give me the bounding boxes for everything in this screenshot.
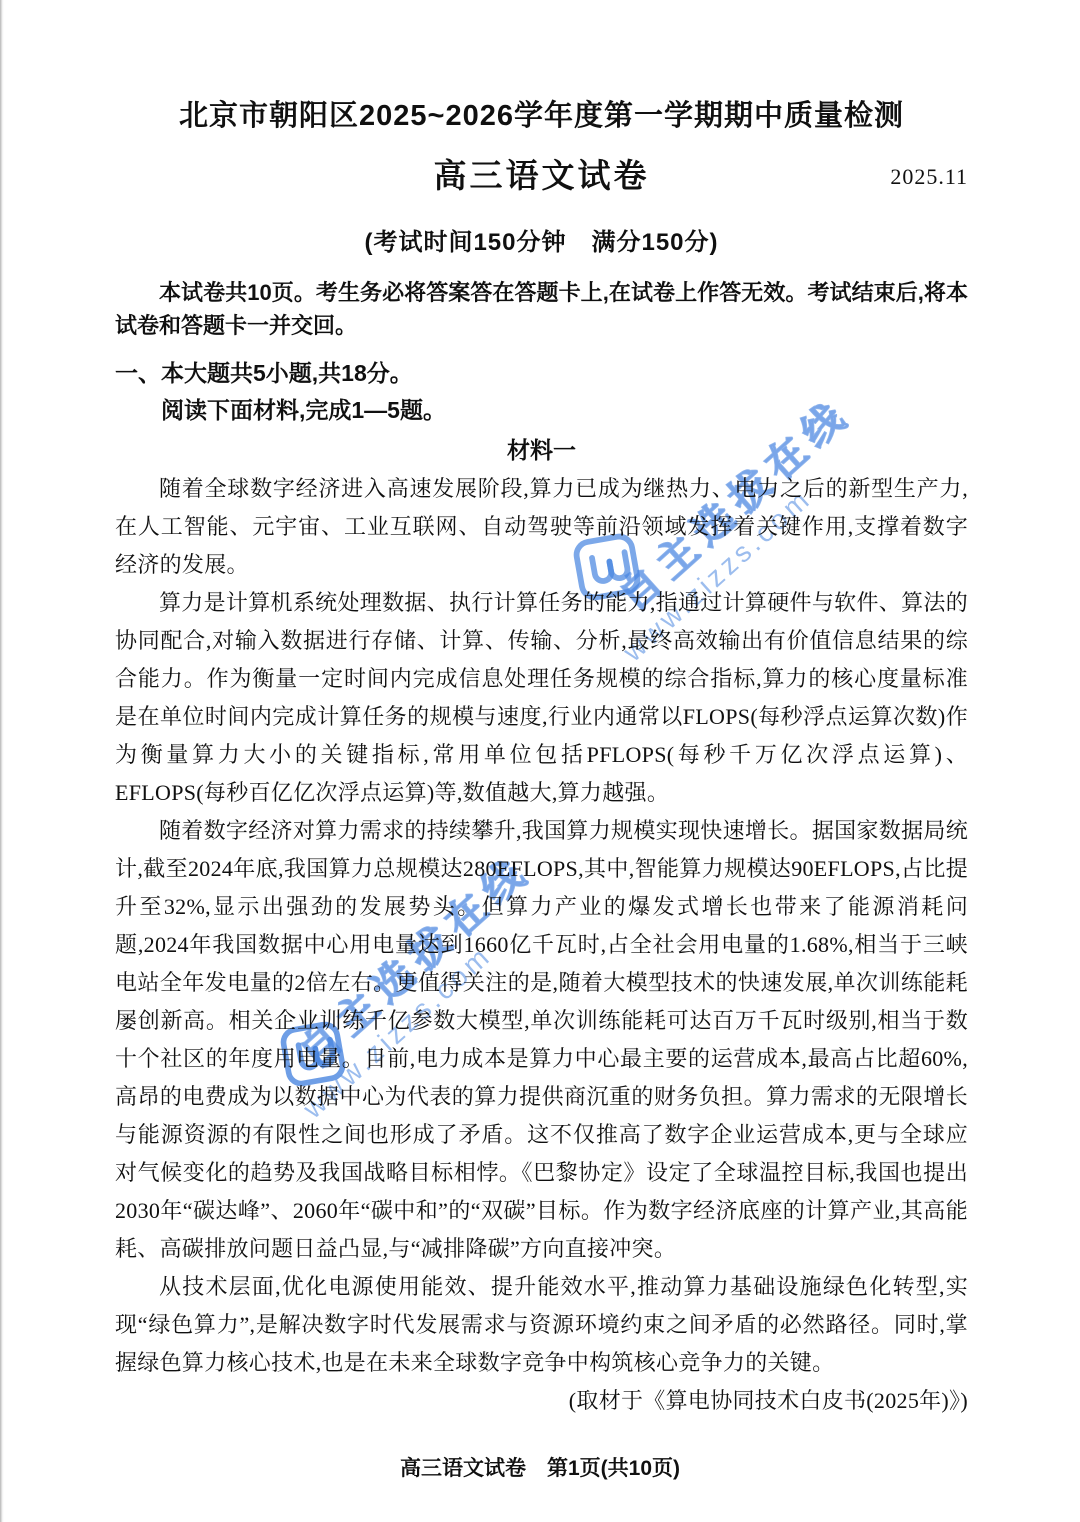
- material-paragraph: 随着数字经济对算力需求的持续攀升,我国算力规模实现快速增长。据国家数据局统计,截…: [115, 812, 968, 1268]
- exam-header-line: 北京市朝阳区2025~2026学年度第一学期期中质量检测: [115, 98, 968, 134]
- exam-notice: 本试卷共10页。考生务必将答案答在答题卡上,在试卷上作答无效。考试结束后,将本试…: [115, 276, 968, 342]
- page-footer: 高三语文试卷 第1页(共10页): [0, 1452, 1080, 1482]
- exam-duration-score: (考试时间150分钟 满分150分): [115, 228, 968, 258]
- source-attribution: (取材于《算电协同技术白皮书(2025年)》): [115, 1382, 968, 1420]
- material-paragraph: 算力是计算机系统处理数据、执行计算任务的能力,指通过计算硬件与软件、算法的协同配…: [115, 584, 968, 812]
- material-paragraph: 随着全球数字经济进入高速发展阶段,算力已成为继热力、电力之后的新型生产力,在人工…: [115, 470, 968, 584]
- exam-paper-page: 自主选拔在线 www.zizzs.com 自主选拔在线 www.zizzs.co…: [0, 0, 1080, 1522]
- material-one: 材料一 随着全球数字经济进入高速发展阶段,算力已成为继热力、电力之后的新型生产力…: [115, 430, 968, 1420]
- reading-instruction: 阅读下面材料,完成1—5题。: [115, 390, 968, 430]
- exam-date: 2025.11: [890, 164, 968, 190]
- title-row: 高三语文试卷 2025.11: [115, 154, 968, 198]
- material-one-heading: 材料一: [115, 430, 968, 470]
- section-one-heading: 一、本大题共5小题,共18分。: [115, 356, 968, 390]
- material-paragraph: 从技术层面,优化电源使用能效、提升能效水平,推动算力基础设施绿色化转型,实现“绿…: [115, 1268, 968, 1382]
- document-content: 北京市朝阳区2025~2026学年度第一学期期中质量检测 高三语文试卷 2025…: [115, 98, 968, 1420]
- page-title: 高三语文试卷: [115, 154, 968, 198]
